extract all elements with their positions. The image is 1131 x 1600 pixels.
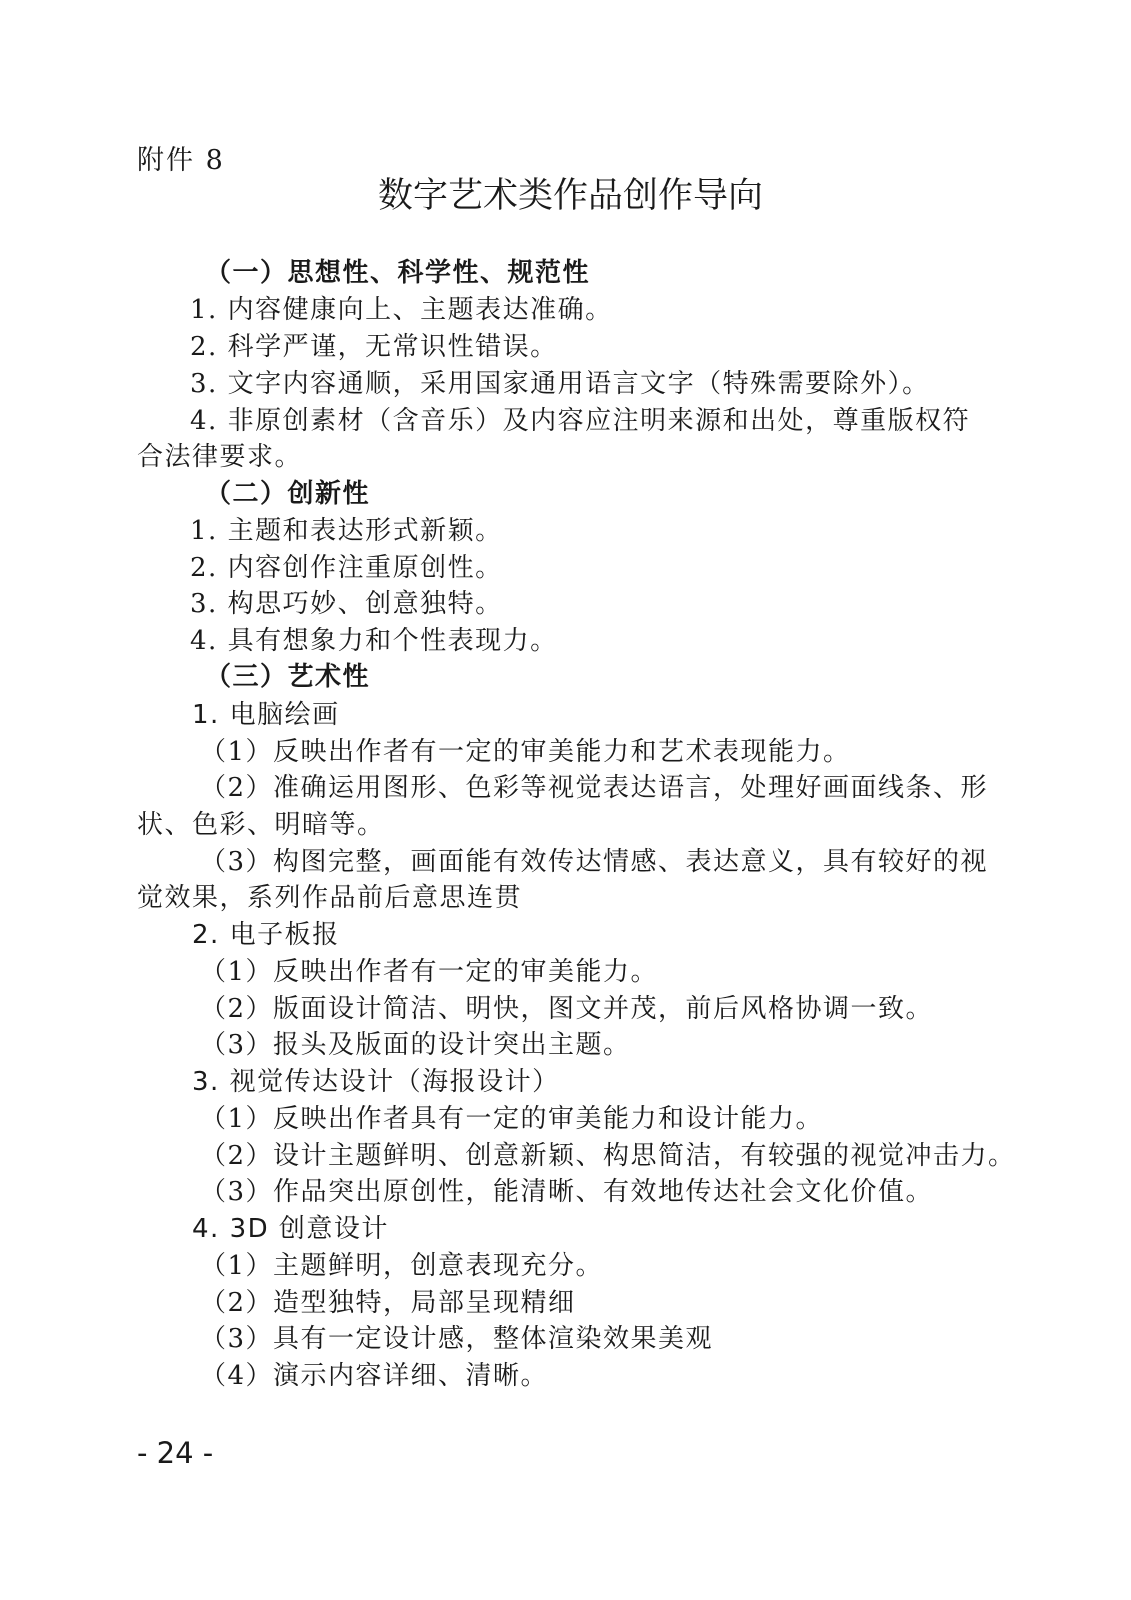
subsection-title: 4. 3D 创意设计 — [192, 1211, 389, 1247]
list-item: 3. 文字内容通顺，采用国家通用语言文字（特殊需要除外）。 — [190, 366, 930, 402]
list-item: （2）版面设计简洁、明快，图文并茂，前后风格协调一致。 — [200, 991, 933, 1027]
list-item: （1）主题鲜明，创意表现充分。 — [200, 1248, 603, 1284]
section-heading-2: （二）创新性 — [205, 476, 370, 512]
list-item: （1）反映出作者有一定的审美能力和艺术表现能力。 — [200, 734, 851, 770]
list-item: 4. 非原创素材（含音乐）及内容应注明来源和出处，尊重版权符 — [190, 403, 970, 439]
list-item: （4）演示内容详细、清晰。 — [200, 1358, 548, 1394]
list-item: （1）反映出作者具有一定的审美能力和设计能力。 — [200, 1101, 823, 1137]
list-item: 3. 构思巧妙、创意独特。 — [190, 586, 503, 622]
list-item: （3）作品突出原创性，能清晰、有效地传达社会文化价值。 — [200, 1174, 933, 1210]
section-heading-1: （一）思想性、科学性、规范性 — [205, 255, 590, 291]
subsection-title: 2. 电子板报 — [192, 917, 340, 953]
list-item: （3）报头及版面的设计突出主题。 — [200, 1027, 631, 1063]
list-item: （2）准确运用图形、色彩等视觉表达语言，处理好画面线条、形 — [200, 770, 988, 806]
list-item: 2. 科学严谨，无常识性错误。 — [190, 329, 558, 365]
list-item: 4. 具有想象力和个性表现力。 — [190, 623, 558, 659]
list-item-continuation: 合法律要求。 — [137, 439, 302, 475]
list-item: （2）设计主题鲜明、创意新颖、构思简洁，有较强的视觉冲击力。 — [200, 1138, 1016, 1174]
subsection-title: 1. 电脑绘画 — [192, 697, 340, 733]
list-item: 1. 主题和表达形式新颖。 — [190, 513, 503, 549]
list-item-continuation: 觉效果，系列作品前后意思连贯 — [137, 880, 522, 916]
section-heading-3: （三）艺术性 — [205, 659, 370, 695]
list-item: （3）具有一定设计感，整体渲染效果美观 — [200, 1321, 713, 1357]
list-item: （3）构图完整，画面能有效传达情感、表达意义，具有较好的视 — [200, 844, 988, 880]
page-title: 数字艺术类作品创作导向 — [0, 168, 1131, 218]
list-item: （1）反映出作者有一定的审美能力。 — [200, 954, 658, 990]
document-page: 附件 8 数字艺术类作品创作导向 （一）思想性、科学性、规范性 1. 内容健康向… — [0, 0, 1131, 1600]
page-number: - 24 - — [137, 1436, 213, 1470]
list-item: 1. 内容健康向上、主题表达准确。 — [190, 292, 613, 328]
list-item-continuation: 状、色彩、明暗等。 — [137, 807, 385, 843]
list-item: 2. 内容创作注重原创性。 — [190, 550, 503, 586]
subsection-title: 3. 视觉传达设计（海报设计） — [192, 1064, 560, 1100]
list-item: （2）造型独特，局部呈现精细 — [200, 1285, 576, 1321]
